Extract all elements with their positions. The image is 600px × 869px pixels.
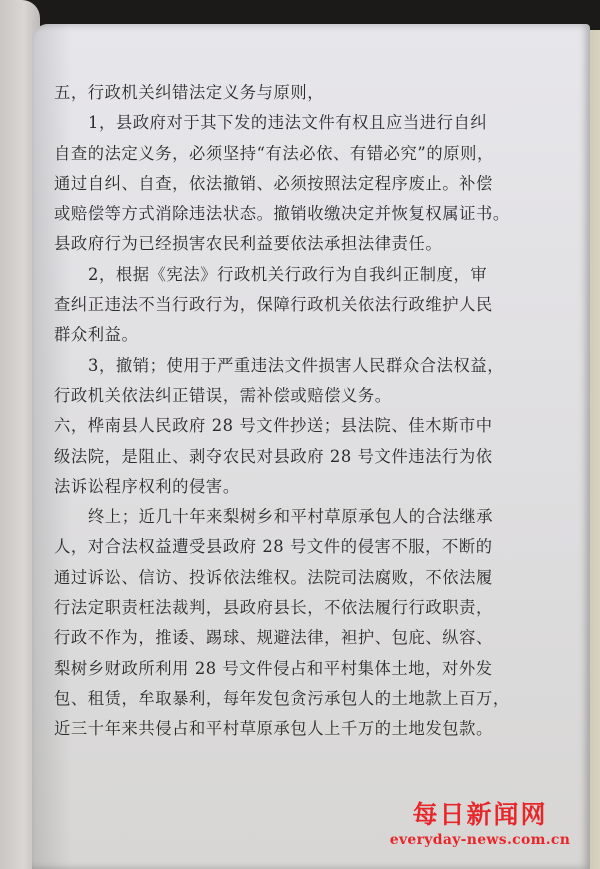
watermark-title: 每日新闻网	[380, 800, 580, 830]
paragraph-line: 梨树乡财政所利用 28 号文件侵占和平村集体土地，对外发	[54, 654, 524, 684]
section-heading-5: 五，行政机关纠错法定义务与原则，	[54, 78, 524, 108]
watermark-url: everyday-news.com.cn	[380, 830, 580, 850]
paragraph-line: 行法定职责枉法裁判，县政府县长，不依法履行行政职责，	[54, 593, 524, 623]
paragraph-line: 群众利益。	[54, 320, 524, 350]
conclusion-line: 终上；近几十年来梨树乡和平村草原承包人的合法继承	[54, 502, 524, 532]
paragraph-line: 3，撤销；使用于严重违法文件损害人民群众合法权益，	[54, 351, 524, 381]
paragraph-line: 查纠正违法不当行政行为，保障行政机关依法行政维护人民	[54, 290, 524, 320]
paragraph-line: 自查的法定义务，必须坚持“有法必依、有错必究”的原则，	[54, 139, 524, 169]
paragraph-line: 通过诉讼、信访、投诉依法维权。法院司法腐败，不依法履	[54, 563, 524, 593]
paragraph-line: 级法院，是阻止、剥夺农民对县政府 28 号文件违法行为依	[54, 442, 524, 472]
paragraph-line: 或赔偿等方式消除违法状态。撤销收缴决定并恢复权属证书。	[54, 199, 524, 229]
paragraph-line: 2，根据《宪法》行政机关行政行为自我纠正制度，审	[54, 260, 524, 290]
paragraph-line: 法诉讼程序权利的侵害。	[54, 472, 524, 502]
paragraph-line: 1，县政府对于其下发的违法文件有权且应当进行自纠	[54, 108, 524, 138]
paragraph-line: 人，对合法权益遭受县政府 28 号文件的侵害不服，不断的	[54, 532, 524, 562]
paragraph-line: 县政府行为已经损害农民利益要依法承担法律责任。	[54, 229, 524, 259]
paragraph-line: 行政不作为，推诿、踢球、规避法律，袒护、包庇、纵容、	[54, 623, 524, 653]
watermark: 每日新闻网 everyday-news.com.cn	[380, 800, 580, 850]
paragraph-line: 包、租赁，牟取暴利，每年发包贪污承包人的土地款上百万，	[54, 684, 524, 714]
paragraph-line: 近三十年来共侵占和平村草原承包人上千万的土地发包款。	[54, 714, 524, 744]
section-heading-6: 六，桦南县人民政府 28 号文件抄送；县法院、佳木斯市中	[54, 411, 524, 441]
paragraph-line: 通过自纠、自查，依法撤销、必须按照法定程序废止。补偿	[54, 169, 524, 199]
paragraph-line: 行政机关依法纠正错误，需补偿或赔偿义务。	[54, 381, 524, 411]
document-body: 五，行政机关纠错法定义务与原则， 1，县政府对于其下发的违法文件有权且应当进行自…	[54, 78, 524, 745]
